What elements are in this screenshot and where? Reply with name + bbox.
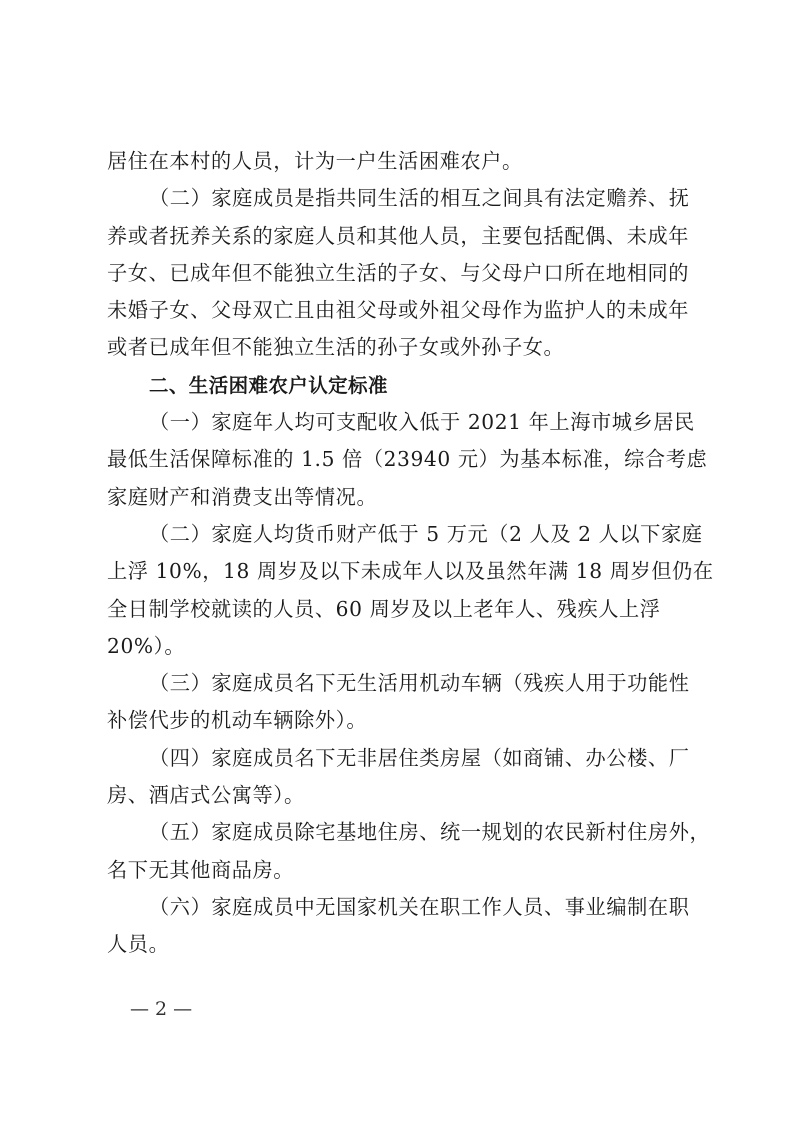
paragraph-continuation: 居住在本村的人员，计为一户生活困难农户。 xyxy=(107,143,697,180)
text-line: 房、酒店式公寓等）。 xyxy=(107,777,697,814)
paragraph-income-standard: （一）家庭年人均可支配收入低于 2021 年上海市城乡居民 最低生活保障标准的 … xyxy=(107,404,697,516)
text-line: 名下无其他商品房。 xyxy=(107,852,697,889)
text-line: （六）家庭成员中无国家机关在职工作人员、事业编制在职 xyxy=(107,889,697,926)
paragraph-monetary-assets: （二）家庭人均货币财产低于 5 万元（2 人及 2 人以下家庭 上浮 10%，1… xyxy=(107,516,697,665)
document-page: 居住在本村的人员，计为一户生活困难农户。 （二）家庭成员是指共同生活的相互之间具… xyxy=(0,0,793,1122)
paragraph-vehicles: （三）家庭成员名下无生活用机动车辆（残疾人用于功能性 补偿代步的机动车辆除外）。 xyxy=(107,665,697,740)
text-line: 最低生活保障标准的 1.5 倍（23940 元）为基本标准，综合考虑 xyxy=(107,441,697,478)
text-line: 子女、已成年但不能独立生活的子女、与父母户口所在地相同的 xyxy=(107,255,697,292)
paragraph-non-residential-property: （四）家庭成员名下无非居住类房屋（如商铺、办公楼、厂 房、酒店式公寓等）。 xyxy=(107,740,697,815)
text-line: （五）家庭成员除宅基地住房、统一规划的农民新村住房外， xyxy=(107,814,697,851)
text-line: （四）家庭成员名下无非居住类房屋（如商铺、办公楼、厂 xyxy=(107,740,697,777)
text-line: 全日制学校就读的人员、60 周岁及以上老年人、残疾人上浮 xyxy=(107,591,697,628)
paragraph-commercial-housing: （五）家庭成员除宅基地住房、统一规划的农民新村住房外， 名下无其他商品房。 xyxy=(107,814,697,889)
text-line: 家庭财产和消费支出等情况。 xyxy=(107,479,697,516)
page-number: — 2 — xyxy=(130,998,192,1020)
document-body: 居住在本村的人员，计为一户生活困难农户。 （二）家庭成员是指共同生活的相互之间具… xyxy=(107,143,697,964)
paragraph-family-members-definition: （二）家庭成员是指共同生活的相互之间具有法定赡养、抚 养或者抚养关系的家庭人员和… xyxy=(107,180,697,366)
text-line: （三）家庭成员名下无生活用机动车辆（残疾人用于功能性 xyxy=(107,665,697,702)
text-line: 未婚子女、父母双亡且由祖父母或外祖父母作为监护人的未成年 xyxy=(107,292,697,329)
text-line: 养或者抚养关系的家庭人员和其他人员，主要包括配偶、未成年 xyxy=(107,218,697,255)
text-line: （一）家庭年人均可支配收入低于 2021 年上海市城乡居民 xyxy=(107,404,697,441)
text-line: 20%）。 xyxy=(107,628,697,665)
text-line: 人员。 xyxy=(107,926,697,963)
paragraph-civil-servants: （六）家庭成员中无国家机关在职工作人员、事业编制在职 人员。 xyxy=(107,889,697,964)
text-line: 补偿代步的机动车辆除外）。 xyxy=(107,702,697,739)
section-heading: 二、生活困难农户认定标准 xyxy=(107,367,697,404)
text-line: 居住在本村的人员，计为一户生活困难农户。 xyxy=(107,143,697,180)
text-line: 上浮 10%，18 周岁及以下未成年人以及虽然年满 18 周岁但仍在 xyxy=(107,553,697,590)
text-line: （二）家庭人均货币财产低于 5 万元（2 人及 2 人以下家庭 xyxy=(107,516,697,553)
text-line: （二）家庭成员是指共同生活的相互之间具有法定赡养、抚 xyxy=(107,180,697,217)
text-line: 或者已成年但不能独立生活的孙子女或外孙子女。 xyxy=(107,329,697,366)
heading-text: 二、生活困难农户认定标准 xyxy=(107,367,697,404)
